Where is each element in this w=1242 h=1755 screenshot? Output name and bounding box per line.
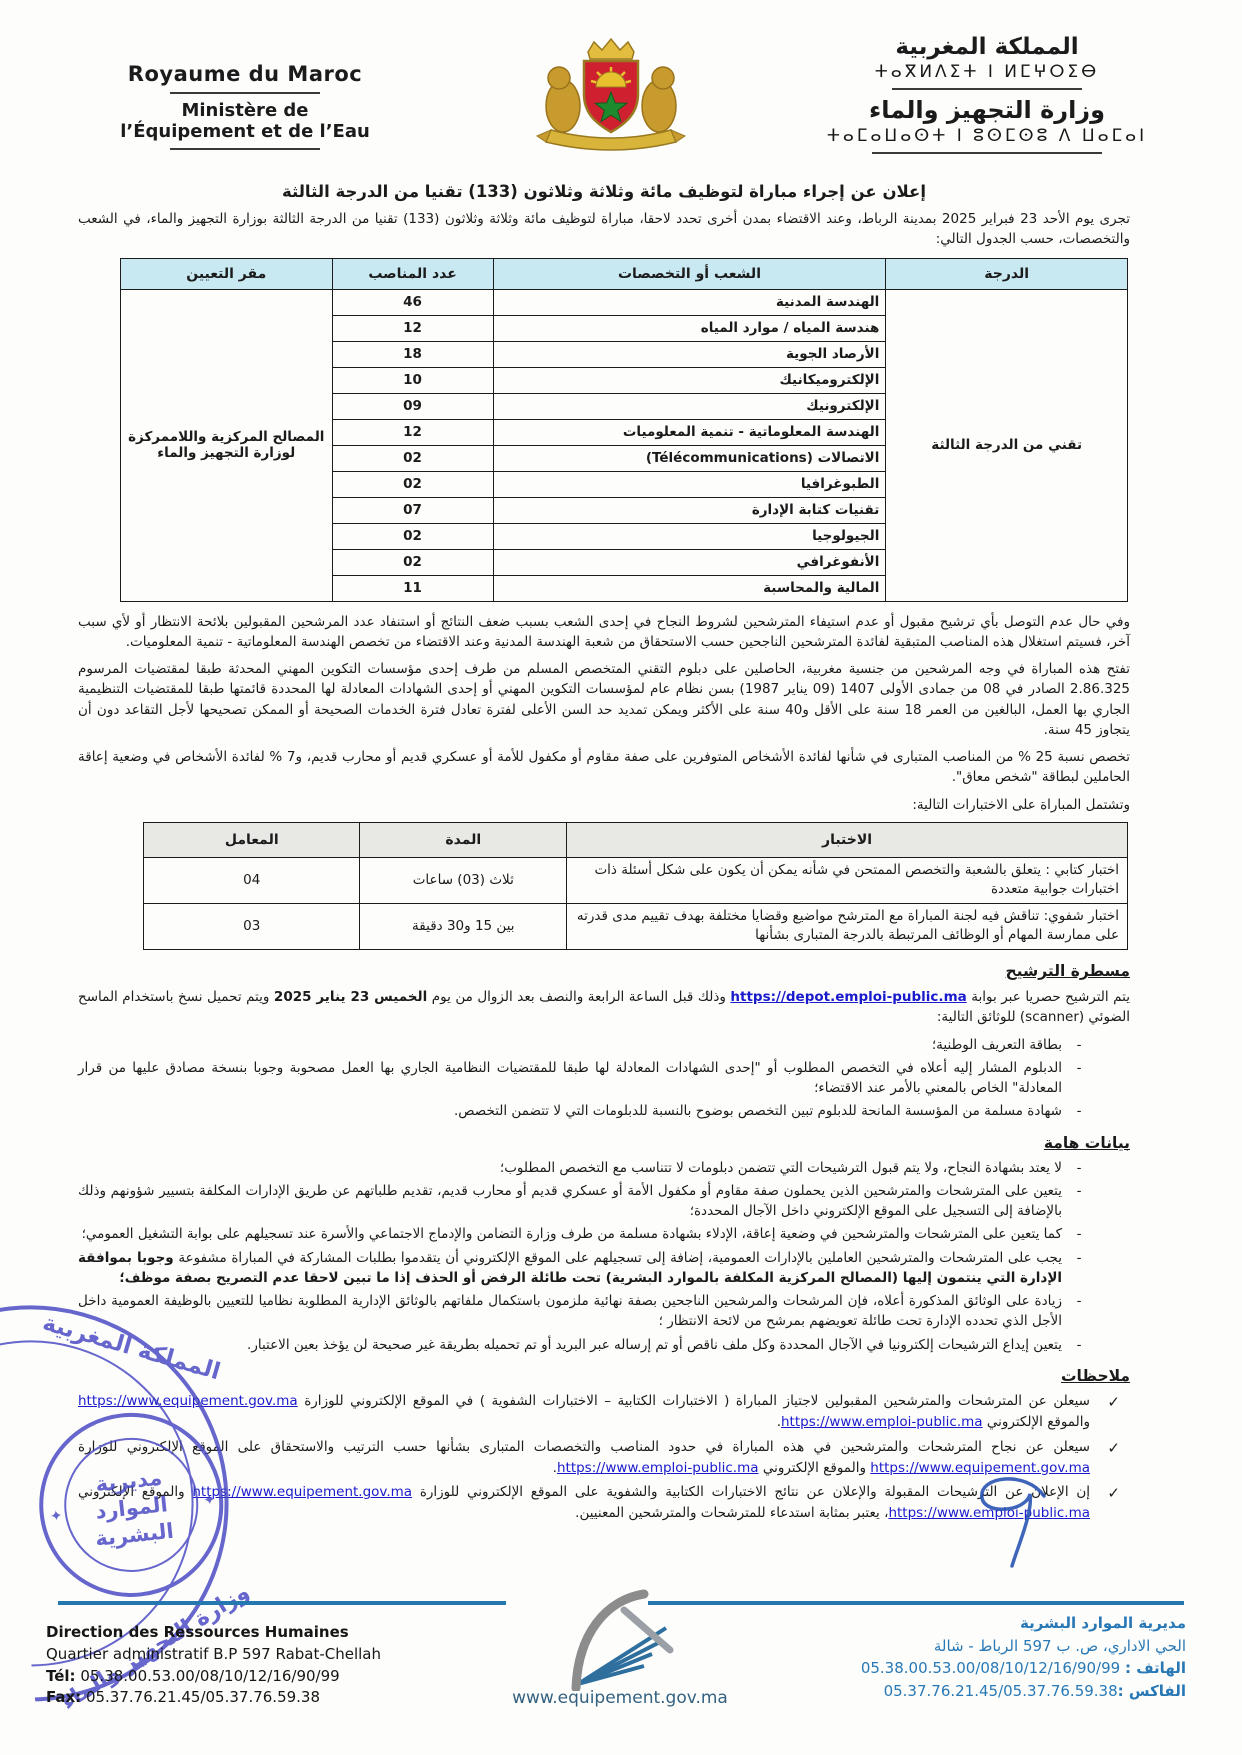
count-cell: 09 [332, 393, 493, 419]
dash-marker: - [1062, 1291, 1096, 1332]
check-marker: ✓ [1090, 1437, 1120, 1479]
list-item: -زيادة على الوثائق المذكورة أعلاه، فإن ا… [78, 1291, 1096, 1332]
candidature-documents-list: -بطاقة التعريف الوطنية؛ -الدبلوم المشار … [78, 1035, 1096, 1122]
count-cell: 46 [332, 289, 493, 315]
reallocation-paragraph: وفي حال عدم التوصل بأي ترشيح مقبول أو عد… [78, 612, 1130, 653]
exams-table: الاختبار المدة المعامل اختبار كتابي : يت… [143, 822, 1128, 950]
check-marker: ✓ [1090, 1391, 1120, 1433]
ministry-website-link[interactable]: https://www.equipement.gov.ma [192, 1484, 412, 1500]
exam-coefficient-cell: 04 [144, 857, 360, 903]
specialty-cell: الأرصاد الجوية [493, 341, 886, 367]
dash-marker: - [1062, 1058, 1096, 1099]
table-row: اختبار كتابي : يتعلق بالشعبة والتخصص الم… [144, 857, 1128, 903]
quota-paragraph: تخصص نسبة 25 % من المناصب المتبارى في شأ… [78, 747, 1130, 788]
signature-scribble [948, 1468, 1058, 1578]
section-heading-candidature: مسطرة الترشيح [78, 962, 1130, 980]
dash-marker: - [1062, 1158, 1096, 1178]
list-item: -شهادة مسلمة من المؤسسة المانحة للدبلوم … [78, 1101, 1096, 1121]
count-cell: 02 [332, 445, 493, 471]
eligibility-paragraph: تفتح هذه المباراة في وجه المرشحين من جنس… [78, 659, 1130, 740]
count-cell: 02 [332, 523, 493, 549]
section-heading-important: بيانات هامة [78, 1134, 1130, 1152]
header-duration: المدة [360, 822, 567, 857]
positions-table: الدرجة الشعب أو التخصصات عدد المناصب مقر… [120, 258, 1128, 602]
header-coefficient: المعامل [144, 822, 360, 857]
list-item: -كما يتعين على المترشحات والمترشحين في و… [78, 1224, 1096, 1244]
header-exam: الاختبار [567, 822, 1128, 857]
count-cell: 18 [332, 341, 493, 367]
count-cell: 10 [332, 367, 493, 393]
header-french-block: Royaume du Maroc Ministère de l’Équipeme… [70, 62, 420, 156]
exam-coefficient-cell: 03 [144, 903, 360, 949]
check-marker: ✓ [1090, 1482, 1120, 1524]
count-cell: 11 [332, 575, 493, 601]
count-cell: 07 [332, 497, 493, 523]
footer-website-url[interactable]: www.equipement.gov.ma [420, 1688, 820, 1708]
table-header-row: الاختبار المدة المعامل [144, 822, 1128, 857]
exams-intro-paragraph: وتشتمل المباراة على الاختبارات التالية: [78, 795, 1130, 815]
list-item-text: بطاقة التعريف الوطنية؛ [932, 1035, 1062, 1055]
emploi-public-link[interactable]: https://www.emploi-public.ma [781, 1414, 983, 1430]
header-divider [872, 152, 1102, 154]
footer-divider-right [648, 1601, 1184, 1605]
specialty-cell: الأنفوغرافي [493, 549, 886, 575]
header-count: عدد المناصب [332, 258, 493, 289]
specialty-cell: المالية والمحاسبة [493, 575, 886, 601]
list-item-text: شهادة مسلمة من المؤسسة المانحة للدبلوم ت… [454, 1101, 1062, 1121]
specialty-cell: تقنيات كتابة الإدارة [493, 497, 886, 523]
count-cell: 12 [332, 419, 493, 445]
morocco-coat-of-arms-icon [516, 34, 706, 160]
candidature-intro-text: يتم الترشيح حصريا عبر بوابة [967, 989, 1130, 1005]
country-name-fr: Royaume du Maroc [70, 62, 420, 86]
list-item-text: يتعين إيداع الترشيحات إلكترونيا في الآجا… [247, 1335, 1062, 1355]
dash-marker: - [1062, 1335, 1096, 1355]
exam-description-cell: اختبار كتابي : يتعلق بالشعبة والتخصص الم… [567, 857, 1128, 903]
table-row: تقني من الدرجة الثالثة الهندسة المدنية 4… [121, 289, 1128, 315]
kingdom-name-tifinagh: ⵜⴰⴳⵍⴷⵉⵜ ⵏ ⵍⵎⵖⵔⵉⴱ [802, 62, 1172, 82]
section-heading-remarks: ملاحظات [78, 1367, 1130, 1385]
ministry-name-ar: وزارة التجهيز والماء [802, 96, 1172, 124]
header-divider [892, 88, 1082, 90]
list-item: -يجب على المترشحات والمترشحين العاملين ب… [78, 1248, 1096, 1289]
specialty-cell: الجيولوجيا [493, 523, 886, 549]
footer-address-ar: الحي الاداري، ص. ب 597 الرباط - شالة [861, 1635, 1186, 1658]
header-location: مقر التعيين [121, 258, 333, 289]
specialty-cell: الهندسة المعلوماتية - تنمية المعلوميات [493, 419, 886, 445]
list-item-text: يتعين على المترشحات والمترشحين الذين يحم… [78, 1181, 1062, 1222]
specialty-cell: الطبوغرافيا [493, 471, 886, 497]
candidature-intro: يتم الترشيح حصريا عبر بوابة https://depo… [78, 987, 1130, 1028]
document-page: Royaume du Maroc Ministère de l’Équipeme… [0, 0, 1242, 1755]
footer-fax-fr: Fax: 05.37.76.21.45/05.37.76.59.38 [46, 1687, 381, 1709]
count-cell: 02 [332, 549, 493, 575]
table-row: اختبار شفوي: تناقش فيه لجنة المباراة مع … [144, 903, 1128, 949]
deadline-text: الخميس 23 يناير 2025 [274, 989, 427, 1005]
dash-marker: - [1062, 1181, 1096, 1222]
specialty-cell: هندسة المياه / موارد المياه [493, 315, 886, 341]
footer-address-fr: Quartier administratif B.P 597 Rabat-Che… [46, 1644, 381, 1666]
list-item-text: إن الإعلان عن الترشيحات المقبولة والإعلا… [78, 1482, 1090, 1524]
header-divider [170, 92, 320, 94]
emploi-public-link[interactable]: https://www.emploi-public.ma [557, 1460, 759, 1476]
footer-fax-ar: الفاكس :05.37.76.21.45/05.37.76.59.38 [861, 1680, 1186, 1703]
list-item: ✓سيعلن عن المترشحات والمترشحين المقبولين… [78, 1391, 1120, 1433]
ministry-website-link[interactable]: https://www.equipement.gov.ma [78, 1393, 298, 1409]
kingdom-name-ar: المملكة المغربية [802, 34, 1172, 60]
dash-marker: - [1062, 1248, 1096, 1289]
equipement-ministry-logo [548, 1586, 698, 1695]
list-item-text: الدبلوم المشار إليه أعلاه في التخصص المط… [78, 1058, 1062, 1099]
exam-duration-cell: بين 15 و30 دقيقة [360, 903, 567, 949]
footer-contact-fr: Direction des Ressources Humaines Quarti… [46, 1622, 381, 1709]
document-header: Royaume du Maroc Ministère de l’Équipeme… [0, 0, 1242, 160]
list-item-text: كما يتعين على المترشحات والمترشحين في وض… [82, 1224, 1062, 1244]
header-specialty: الشعب أو التخصصات [493, 258, 886, 289]
intro-paragraph: تجرى يوم الأحد 23 فبراير 2025 بمدينة الر… [78, 209, 1130, 250]
footer-department-fr: Direction des Ressources Humaines [46, 1622, 381, 1644]
list-item: -يتعين على المترشحات والمترشحين الذين يح… [78, 1181, 1096, 1222]
list-item: -بطاقة التعريف الوطنية؛ [78, 1035, 1096, 1055]
portal-link[interactable]: https://depot.emploi-public.ma [730, 989, 966, 1005]
degree-cell: تقني من الدرجة الثالثة [886, 289, 1128, 601]
specialty-cell: الهندسة المدنية [493, 289, 886, 315]
ministry-name-fr-line2: l’Équipement et de l’Eau [70, 121, 420, 142]
specialty-cell: الإلكترونيك [493, 393, 886, 419]
list-item-text: سيعلن عن نجاح المترشحات والمترشحين في هذ… [78, 1437, 1090, 1479]
specialty-cell: الإلكتروميكانيك [493, 367, 886, 393]
table-header-row: الدرجة الشعب أو التخصصات عدد المناصب مقر… [121, 258, 1128, 289]
header-divider [170, 148, 320, 150]
announcement-title: إعلان عن إجراء مباراة لتوظيف مائة وثلاثة… [78, 182, 1130, 201]
ministry-name-fr-line1: Ministère de [70, 100, 420, 121]
exam-duration-cell: ثلاث (03) ساعات [360, 857, 567, 903]
ministry-name-tifinagh: ⵜⴰⵎⴰⵡⴰⵙⵜ ⵏ ⵓⵙⵎⵙⵓ ⴷ ⵡⴰⵎⴰⵏ [802, 126, 1172, 146]
list-item: -يتعين إيداع الترشيحات إلكترونيا في الآج… [78, 1335, 1096, 1355]
header-degree: الدرجة [886, 258, 1128, 289]
list-item-text: لا يعتد بشهادة النجاح، ولا يتم قبول التر… [500, 1158, 1062, 1178]
footer-contact-ar: مديرية الموارد البشرية الحي الاداري، ص. … [861, 1612, 1186, 1702]
count-cell: 12 [332, 315, 493, 341]
dash-marker: - [1062, 1035, 1096, 1055]
footer-tel-ar: الهاتف : 05.38.00.53.00/08/10/12/16/90/9… [861, 1657, 1186, 1680]
document-body: إعلان عن إجراء مباراة لتوظيف مائة وثلاثة… [0, 160, 1242, 1524]
dash-marker: - [1062, 1224, 1096, 1244]
specialty-cell: الاتصالات (Télécommunications) [493, 445, 886, 471]
footer-department-ar: مديرية الموارد البشرية [861, 1612, 1186, 1635]
exam-description-cell: اختبار شفوي: تناقش فيه لجنة المباراة مع … [567, 903, 1128, 949]
list-item-text: سيعلن عن المترشحات والمترشحين المقبولين … [78, 1391, 1090, 1433]
location-cell: المصالح المركزية واللاممركزة لوزارة التج… [121, 289, 333, 601]
dash-marker: - [1062, 1101, 1096, 1121]
list-item: -لا يعتد بشهادة النجاح، ولا يتم قبول الت… [78, 1158, 1096, 1178]
footer-divider-left [58, 1601, 506, 1605]
candidature-intro-text: وذلك قبل الساعة الرابعة والنصف بعد الزوا… [427, 989, 730, 1005]
header-arabic-block: المملكة المغربية ⵜⴰⴳⵍⴷⵉⵜ ⵏ ⵍⵎⵖⵔⵉⴱ وزارة … [802, 34, 1172, 160]
count-cell: 02 [332, 471, 493, 497]
list-item-text: زيادة على الوثائق المذكورة أعلاه، فإن ال… [78, 1291, 1062, 1332]
list-item: -الدبلوم المشار إليه أعلاه في التخصص الم… [78, 1058, 1096, 1099]
important-notes-list: -لا يعتد بشهادة النجاح، ولا يتم قبول الت… [78, 1158, 1096, 1355]
list-item-text: يجب على المترشحات والمترشحين العاملين با… [78, 1248, 1062, 1289]
footer-tel-fr: Tél: 05.38.00.53.00/08/10/12/16/90/99 [46, 1666, 381, 1688]
